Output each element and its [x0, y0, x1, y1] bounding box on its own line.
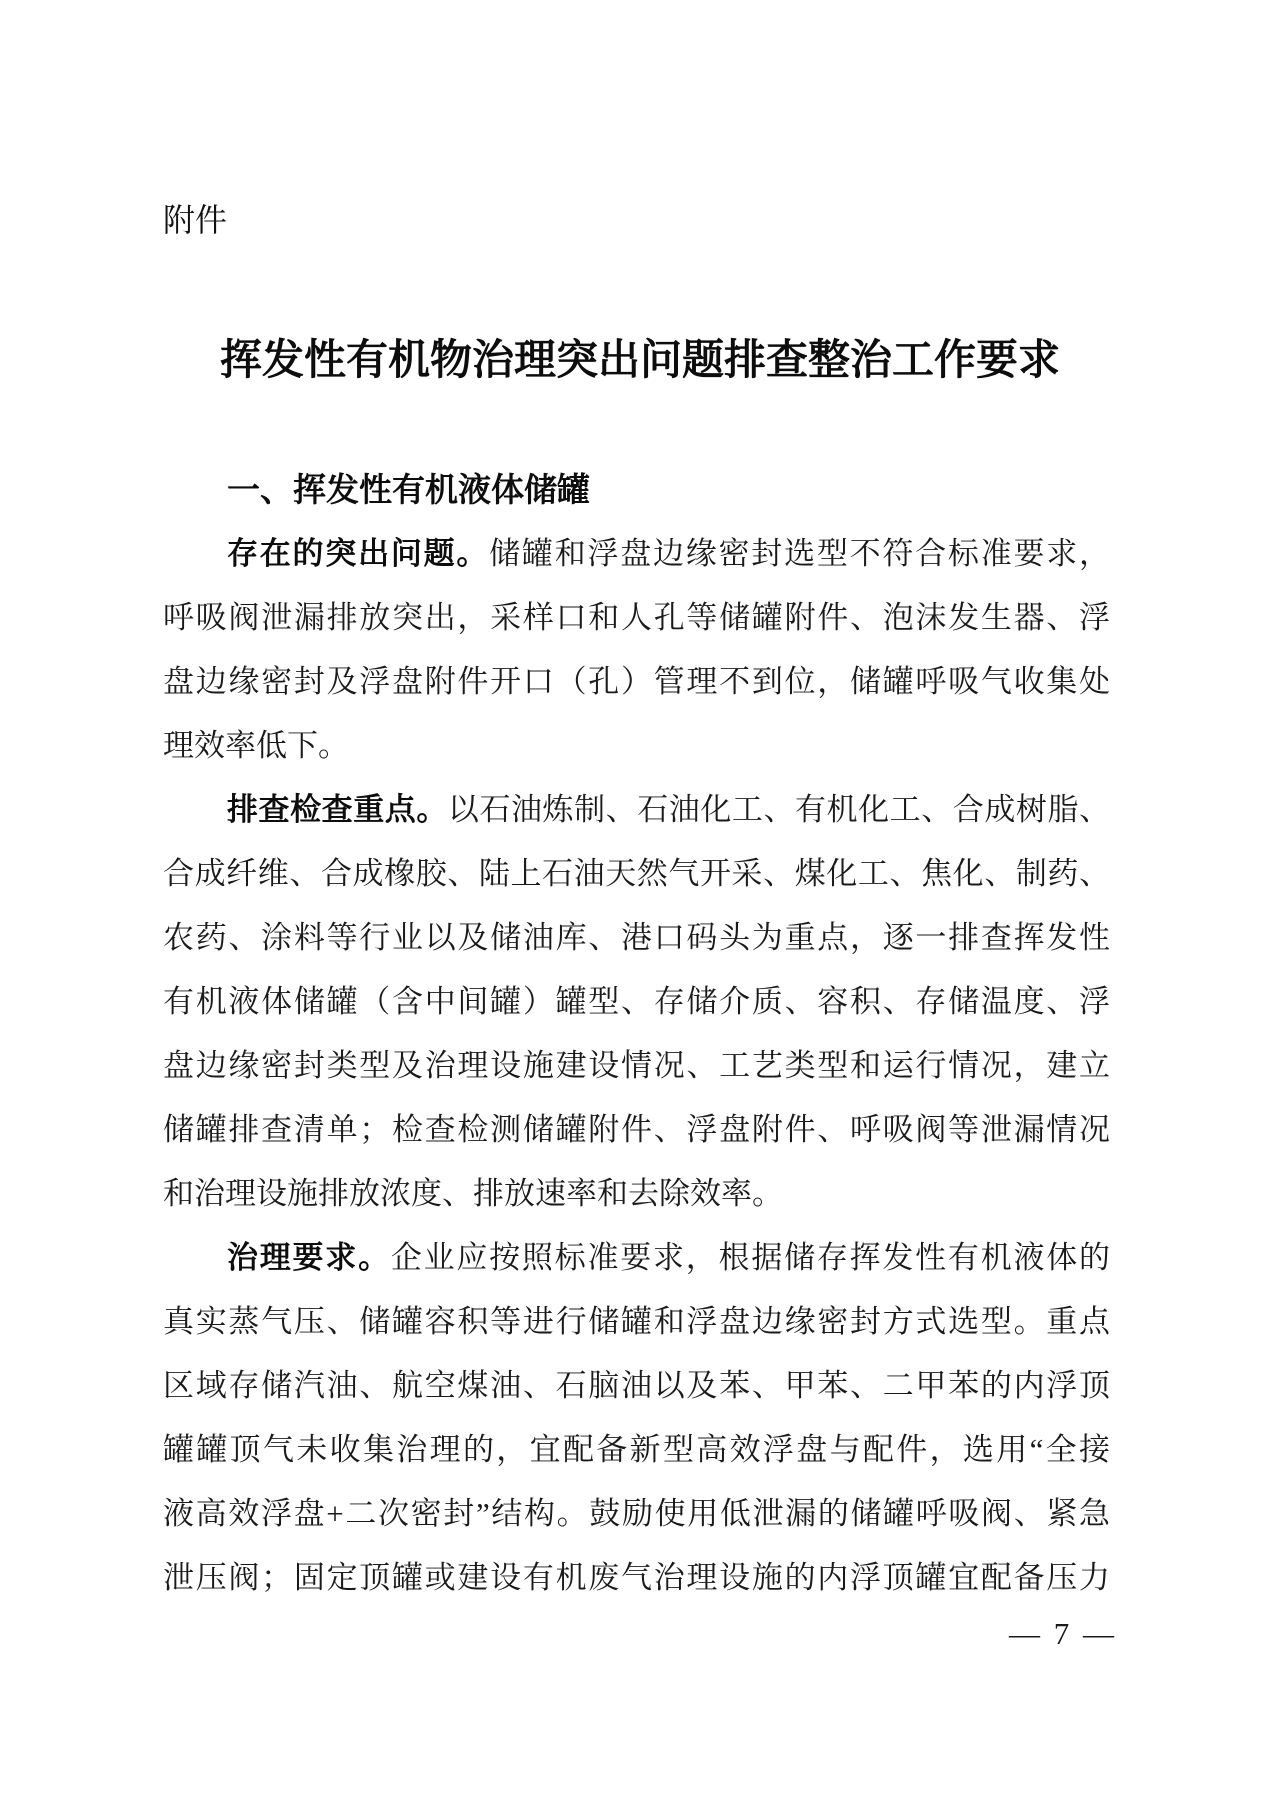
- text-line: 和治理设施排放浓度、排放速率和去除效率。: [163, 1162, 1110, 1226]
- paragraph-text: 企业应按照标准要求，根据储存挥发性有机液体的: [391, 1240, 1110, 1275]
- page-number: — 7 —: [1009, 1612, 1117, 1656]
- text-line: 呼吸阀泄漏排放突出，采样口和人孔等储罐附件、泡沫发生器、浮: [163, 586, 1110, 650]
- attachment-label: 附件: [163, 200, 227, 240]
- text-line: 储罐排查清单；检查检测储罐附件、浮盘附件、呼吸阀等泄漏情况: [163, 1098, 1110, 1162]
- document-page: 附件 挥发性有机物治理突出问题排查整治工作要求 一、挥发性有机液体储罐 存在的突…: [0, 0, 1280, 1810]
- text-line: 罐罐顶气未收集治理的，宜配备新型高效浮盘与配件，选用“全接: [163, 1418, 1110, 1482]
- document-body: 一、挥发性有机液体储罐 存在的突出问题。储罐和浮盘边缘密封选型不符合标准要求， …: [163, 458, 1110, 1610]
- paragraph-lead: 存在的突出问题。: [227, 536, 489, 571]
- document-title: 挥发性有机物治理突出问题排查整治工作要求: [0, 332, 1280, 388]
- section-heading: 一、挥发性有机液体储罐: [163, 458, 1110, 522]
- text-line: 盘边缘密封及浮盘附件开口（孔）管理不到位，储罐呼吸气收集处: [163, 650, 1110, 714]
- text-line: 真实蒸气压、储罐容积等进行储罐和浮盘边缘密封方式选型。重点: [163, 1290, 1110, 1354]
- text-line: 液高效浮盘+二次密封”结构。鼓励使用低泄漏的储罐呼吸阀、紧急: [163, 1482, 1110, 1546]
- paragraph-lead: 治理要求。: [227, 1240, 391, 1275]
- paragraph-text: 以石油炼制、石油化工、有机化工、合成树脂、: [448, 792, 1110, 827]
- text-line: 合成纤维、合成橡胶、陆上石油天然气开采、煤化工、焦化、制药、: [163, 842, 1110, 906]
- paragraph-lead: 排查检查重点。: [227, 792, 448, 827]
- text-line: 理效率低下。: [163, 714, 1110, 778]
- text-line: 排查检查重点。以石油炼制、石油化工、有机化工、合成树脂、: [163, 778, 1110, 842]
- text-line: 有机液体储罐（含中间罐）罐型、存储介质、容积、存储温度、浮: [163, 970, 1110, 1034]
- text-line: 区域存储汽油、航空煤油、石脑油以及苯、甲苯、二甲苯的内浮顶: [163, 1354, 1110, 1418]
- text-line: 农药、涂料等行业以及储油库、港口码头为重点，逐一排查挥发性: [163, 906, 1110, 970]
- text-line: 泄压阀；固定顶罐或建设有机废气治理设施的内浮顶罐宜配备压力: [163, 1546, 1110, 1610]
- text-line: 盘边缘密封类型及治理设施建设情况、工艺类型和运行情况，建立: [163, 1034, 1110, 1098]
- text-line: 存在的突出问题。储罐和浮盘边缘密封选型不符合标准要求，: [163, 522, 1110, 586]
- text-line: 治理要求。企业应按照标准要求，根据储存挥发性有机液体的: [163, 1226, 1110, 1290]
- paragraph-text: 储罐和浮盘边缘密封选型不符合标准要求，: [489, 536, 1110, 571]
